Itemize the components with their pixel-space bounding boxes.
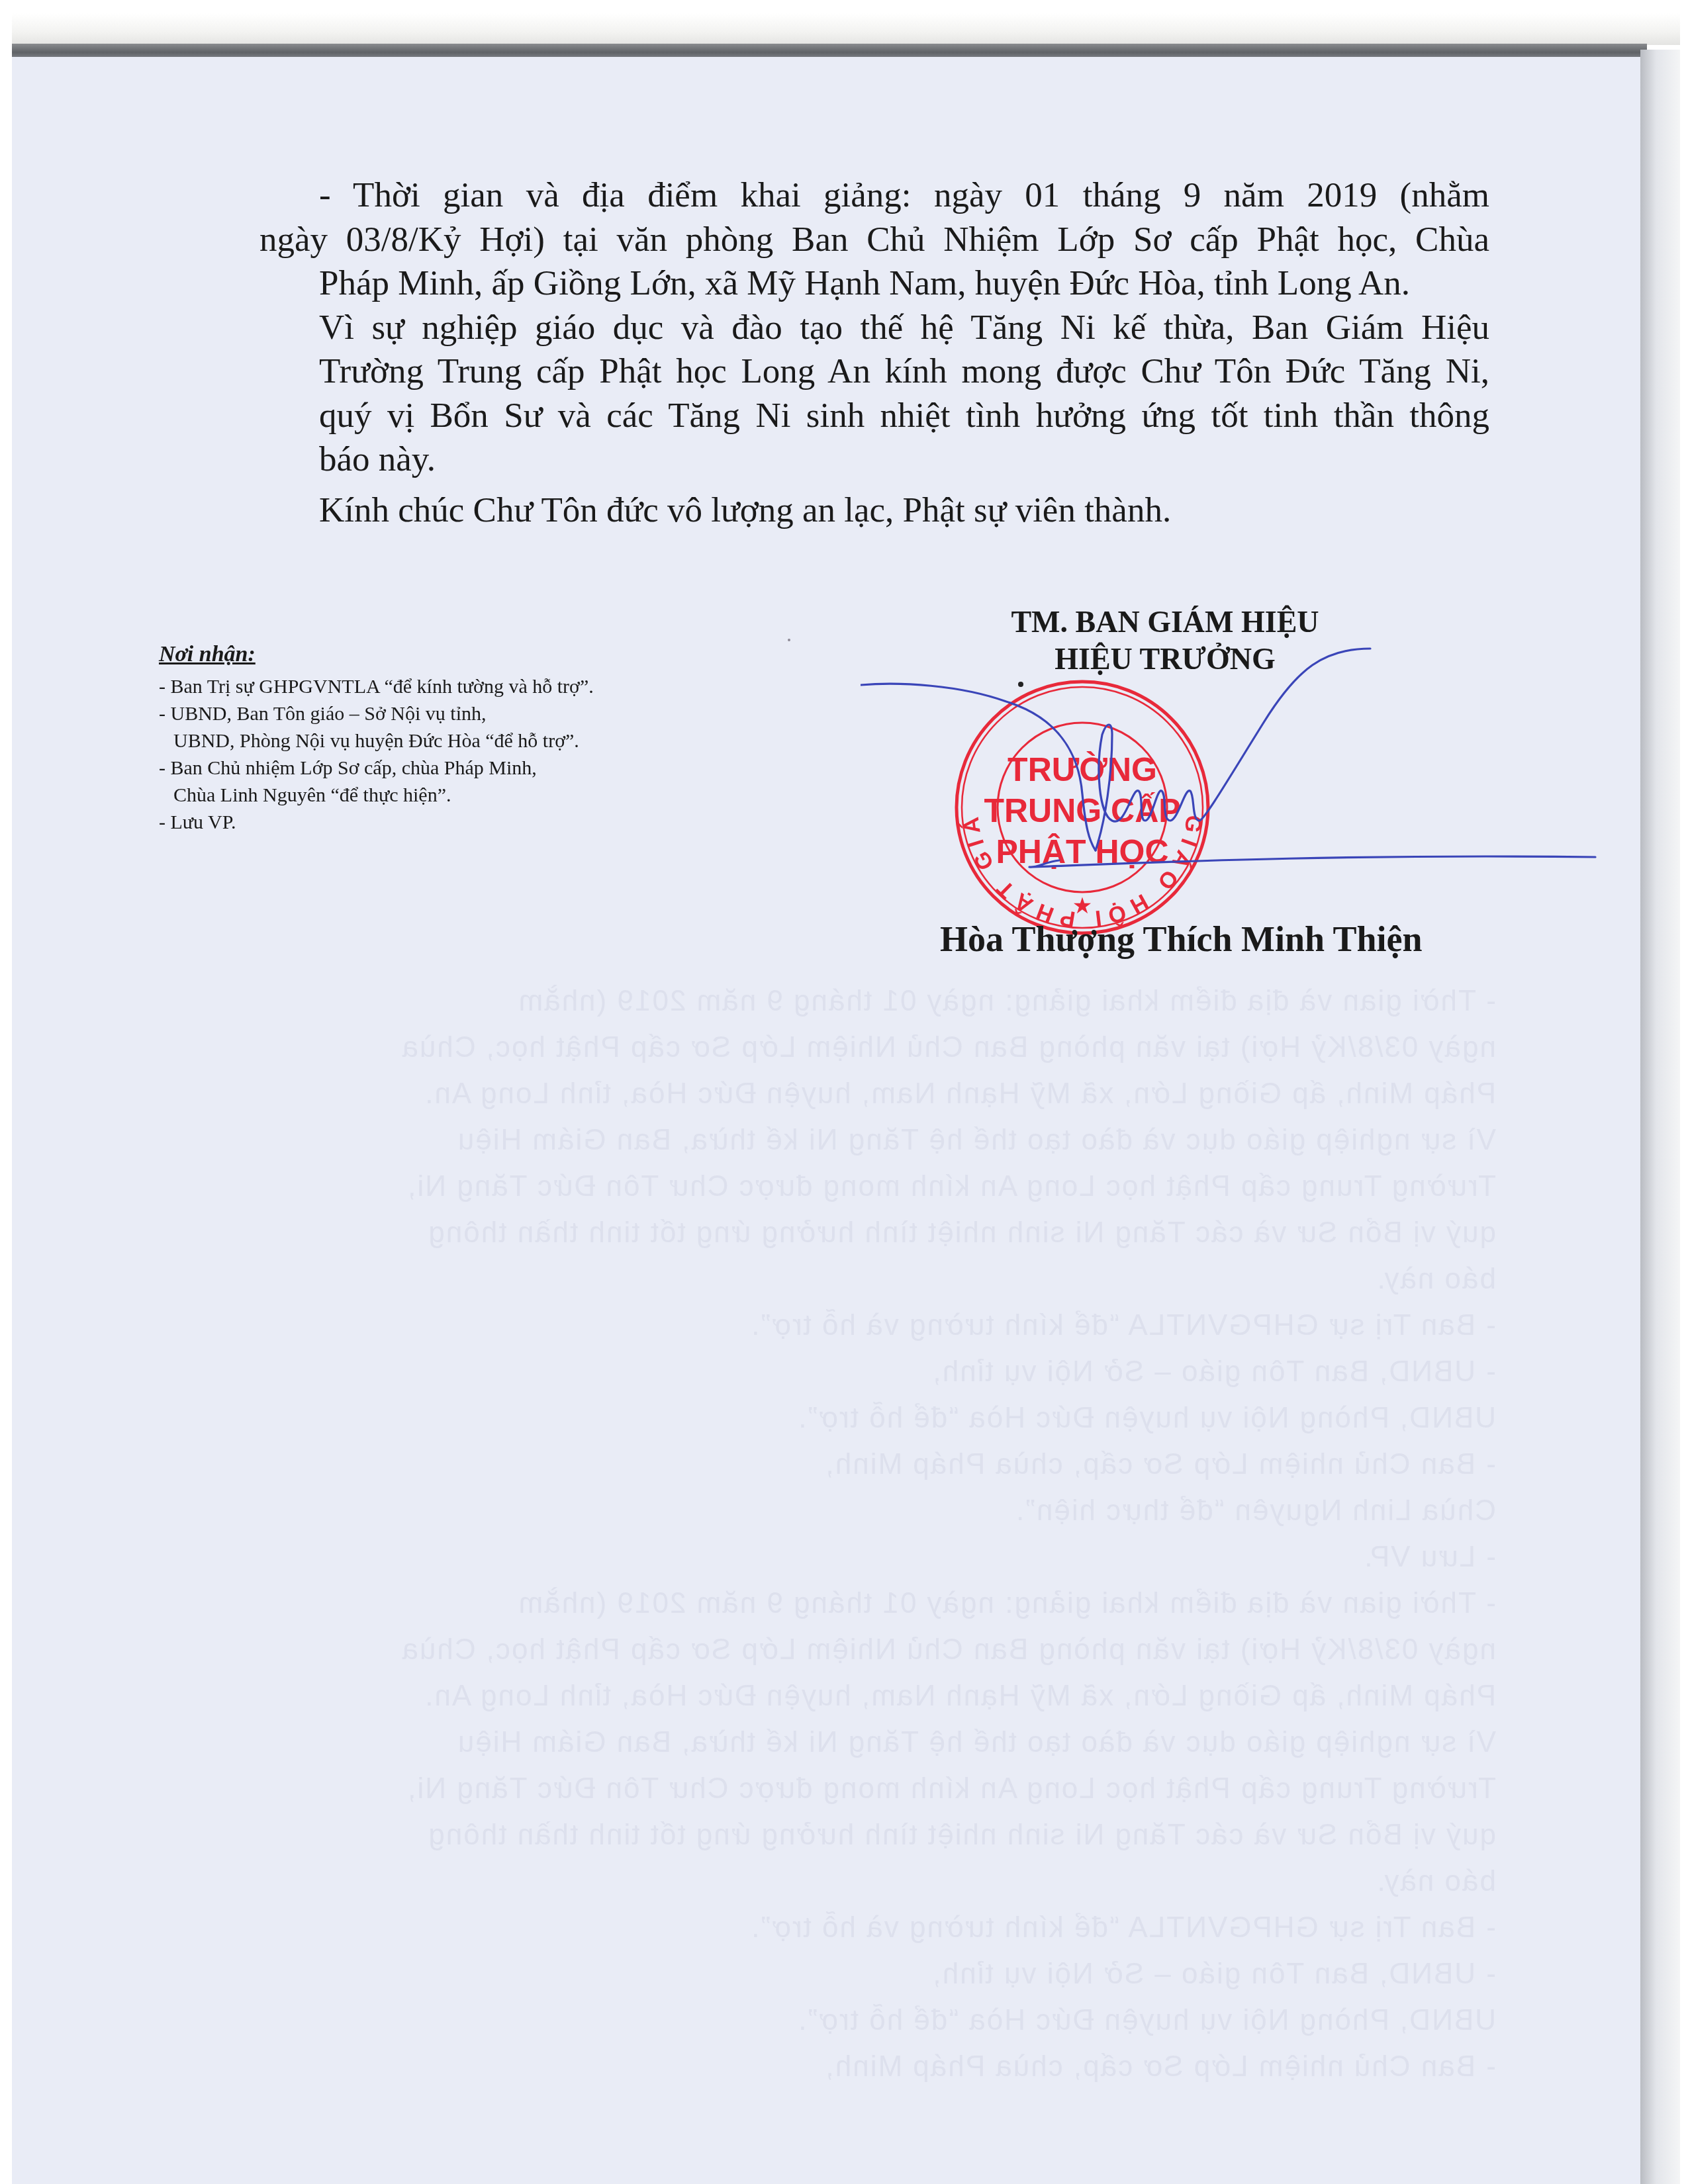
paragraph-opening-time-place: - Thời gian và địa điểm khai giảng: ngày… — [259, 173, 1489, 306]
text-line: Pháp Minh, ấp Giồng Lớn, xã Mỹ Hạnh Nam,… — [259, 261, 1489, 306]
bleed-line: Vì sự nghiệp giáo dục và đào tạo thế hệ … — [152, 1721, 1496, 1764]
bleed-line: ngày 03/8/Kỷ Hợi) tại văn phòng Ban Chủ … — [152, 1628, 1496, 1672]
recipients-block: Nơi nhận: - Ban Trị sự GHPGVNTLA “để kín… — [159, 641, 821, 836]
bleed-line: báo này. — [152, 1257, 1496, 1301]
bleed-line: UBND, Phòng Nội vụ huyện Đức Hòa “để hỗ … — [152, 1999, 1496, 2042]
bleed-line: - Ban Chủ nhiệm Lớp Sơ cấp, chùa Pháp Mi… — [152, 2045, 1496, 2089]
text-line: Vì sự nghiệp giáo dục và đào tạo thế hệ … — [259, 306, 1489, 350]
signer-name: Hòa Thượng Thích Minh Thiện — [940, 919, 1523, 960]
text-line: ngày 03/8/Kỷ Hợi) tại văn phòng Ban Chủ … — [259, 218, 1489, 262]
bleed-line: - Thời gian và địa điểm khai giảng: ngày… — [152, 979, 1496, 1023]
closing-wish: Kính chúc Chư Tôn đức vô lượng an lạc, P… — [259, 488, 1489, 533]
recipient-item: - Lưu VP. — [159, 809, 821, 836]
bleed-line: - Lưu VP. — [152, 1535, 1496, 1579]
bleed-line: - Thời gian và địa điểm khai giảng: ngày… — [152, 1582, 1496, 1625]
handwritten-signature-icon — [861, 622, 1602, 900]
recipient-item: Chùa Linh Nguyên “để thực hiện”. — [159, 782, 821, 809]
bleed-line: UBND, Phòng Nội vụ huyện Đức Hòa “để hỗ … — [152, 1396, 1496, 1440]
bleed-line: Trường Trung cấp Phật học Long An kính m… — [152, 1767, 1496, 1811]
page-right-shadow — [1640, 50, 1680, 2184]
bleed-line: quý vị Bổn Sư và các Tăng Ni sinh nhiệt … — [152, 1813, 1496, 1857]
bleed-line: - Ban Chủ nhiệm Lớp Sơ cấp, chùa Pháp Mi… — [152, 1443, 1496, 1486]
scan-speck — [788, 639, 790, 641]
scan-speck — [1018, 682, 1023, 687]
bleed-line: Chùa Linh Nguyên “để thực hiện”. — [152, 1489, 1496, 1533]
bleed-line: Pháp Minh, ấp Giồng Lớn, xã Mỹ Hạnh Nam,… — [152, 1674, 1496, 1718]
bleed-line: Pháp Minh, ấp Giồng Lớn, xã Mỹ Hạnh Nam,… — [152, 1072, 1496, 1116]
bleed-line: báo này. — [152, 1860, 1496, 1903]
recipient-item: UBND, Phòng Nội vụ huyện Đức Hòa “để hỗ … — [159, 727, 821, 754]
bleed-line: - UBND, Ban Tôn giáo – Sở Nội vụ tỉnh, — [152, 1350, 1496, 1394]
recipient-item: - UBND, Ban Tôn giáo – Sở Nội vụ tỉnh, — [159, 700, 821, 727]
bleed-line: quý vị Bổn Sư và các Tăng Ni sinh nhiệt … — [152, 1211, 1496, 1255]
bleed-line: - UBND, Ban Tôn giáo – Sở Nội vụ tỉnh, — [152, 1952, 1496, 1996]
recipient-item: - Ban Chủ nhiệm Lớp Sơ cấp, chùa Pháp Mi… — [159, 754, 821, 782]
text-line: - Thời gian và địa điểm khai giảng: ngày… — [259, 173, 1489, 218]
bleed-line: - Ban Trị sự GHPGVNTLA “để kính tường và… — [152, 1304, 1496, 1347]
bleed-line: Vì sự nghiệp giáo dục và đào tạo thế hệ … — [152, 1118, 1496, 1162]
text-line: Trường Trung cấp Phật học Long An kính m… — [259, 349, 1489, 394]
recipient-item: - Ban Trị sự GHPGVNTLA “để kính tường và… — [159, 673, 821, 700]
document-body: - Thời gian và địa điểm khai giảng: ngày… — [259, 173, 1489, 532]
page-top-shadow — [12, 44, 1647, 58]
text-line: quý vị Bổn Sư và các Tăng Ni sinh nhiệt … — [259, 394, 1489, 438]
bleed-line: Trường Trung cấp Phật học Long An kính m… — [152, 1165, 1496, 1208]
bleed-line: - Ban Trị sự GHPGVNTLA “để kính tường và… — [152, 1906, 1496, 1950]
recipients-heading: Nơi nhận: — [159, 641, 256, 668]
text-line: báo này. — [259, 437, 1489, 482]
paragraph-appeal: Vì sự nghiệp giáo dục và đào tạo thế hệ … — [259, 306, 1489, 482]
bleed-line: ngày 03/8/Kỷ Hợi) tại văn phòng Ban Chủ … — [152, 1026, 1496, 1069]
scanner-top-strip — [12, 13, 1680, 45]
